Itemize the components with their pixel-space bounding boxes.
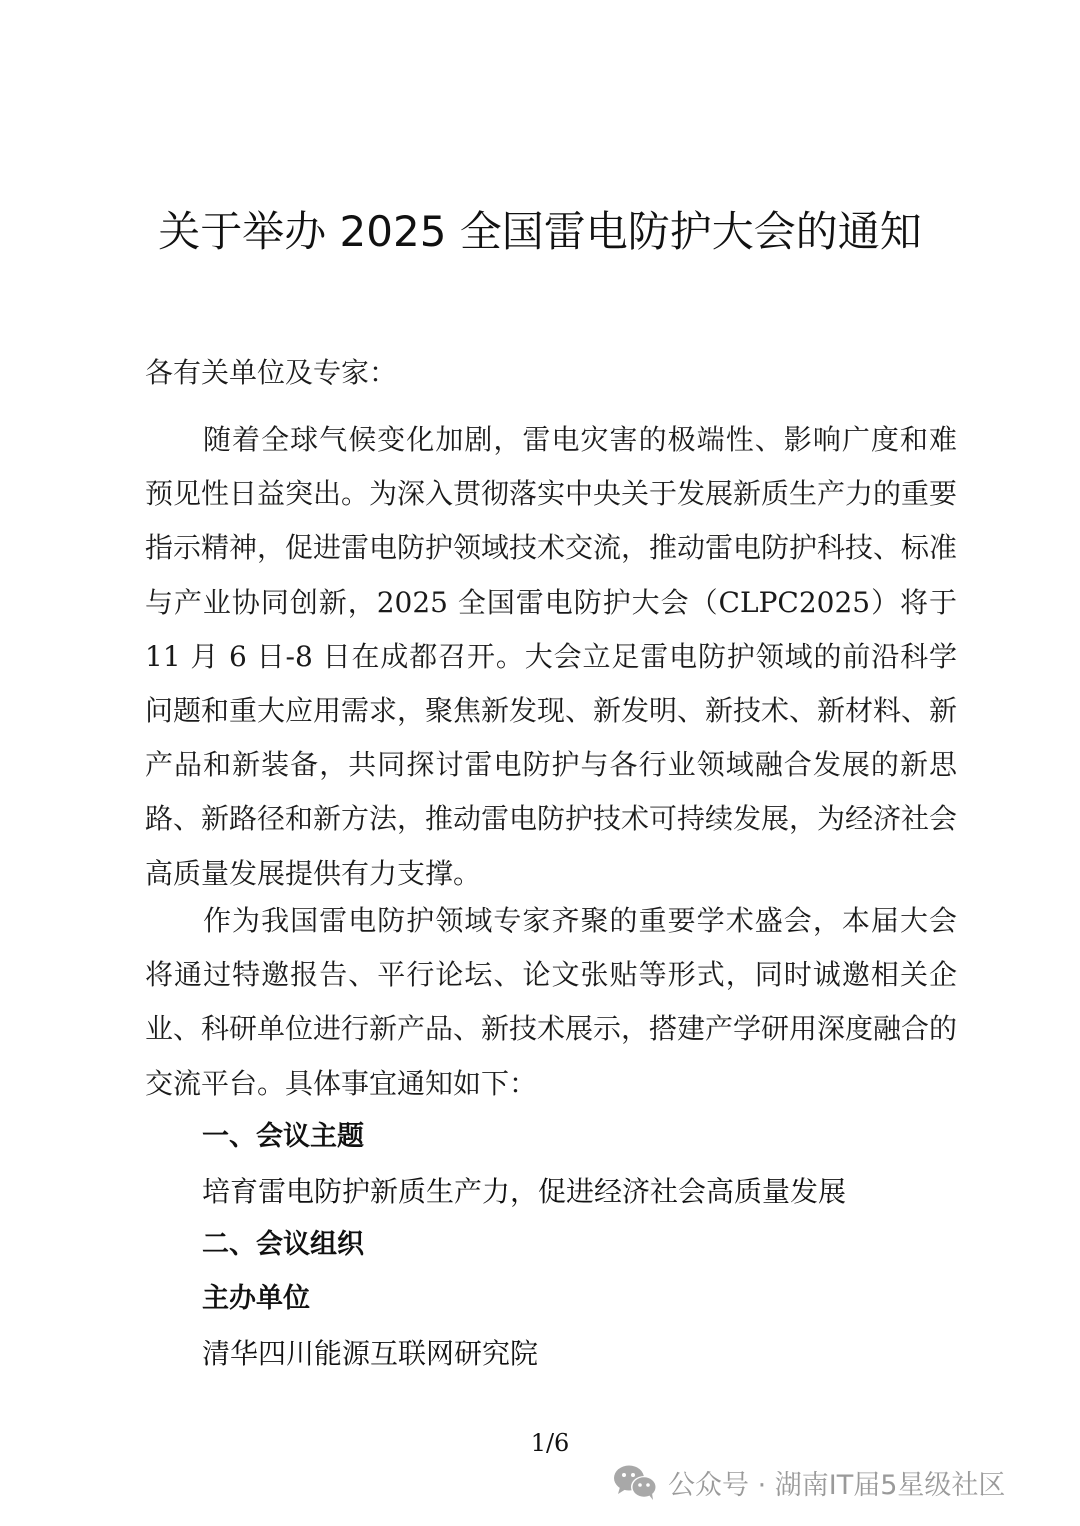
- document-page: 关于举办 2025 全国雷电防护大会的通知 各有关单位及专家： 随着全球气候变化…: [0, 0, 1080, 1526]
- section-heading-organization: 二、会议组织: [202, 1218, 364, 1272]
- section-text-host: 清华四川能源互联网研究院: [202, 1327, 538, 1381]
- paragraph-text: 作为我国雷电防护领域专家齐聚的重要学术盛会，本届大会将通过特邀报告、平行论坛、论…: [145, 894, 957, 1111]
- paragraph-format: 作为我国雷电防护领域专家齐聚的重要学术盛会，本届大会将通过特邀报告、平行论坛、论…: [145, 894, 957, 1111]
- wechat-icon: [612, 1463, 660, 1501]
- section-subheading-host: 主办单位: [202, 1272, 310, 1326]
- paragraph-text: 随着全球气候变化加剧，雷电灾害的极端性、影响广度和难预见性日益突出。为深入贯彻落…: [145, 413, 957, 901]
- page-number: 1/6: [0, 1428, 1080, 1458]
- paragraph-intro: 随着全球气候变化加剧，雷电灾害的极端性、影响广度和难预见性日益突出。为深入贯彻落…: [145, 413, 957, 901]
- watermark: 公众号 · 湖南IT届5星级社区: [612, 1462, 1005, 1502]
- watermark-text: 公众号 · 湖南IT届5星级社区: [668, 1463, 1005, 1502]
- salutation: 各有关单位及专家：: [145, 346, 397, 400]
- document-title: 关于举办 2025 全国雷电防护大会的通知: [0, 200, 1080, 264]
- section-text-theme: 培育雷电防护新质生产力，促进经济社会高质量发展: [202, 1165, 846, 1219]
- section-heading-theme: 一、会议主题: [202, 1110, 364, 1164]
